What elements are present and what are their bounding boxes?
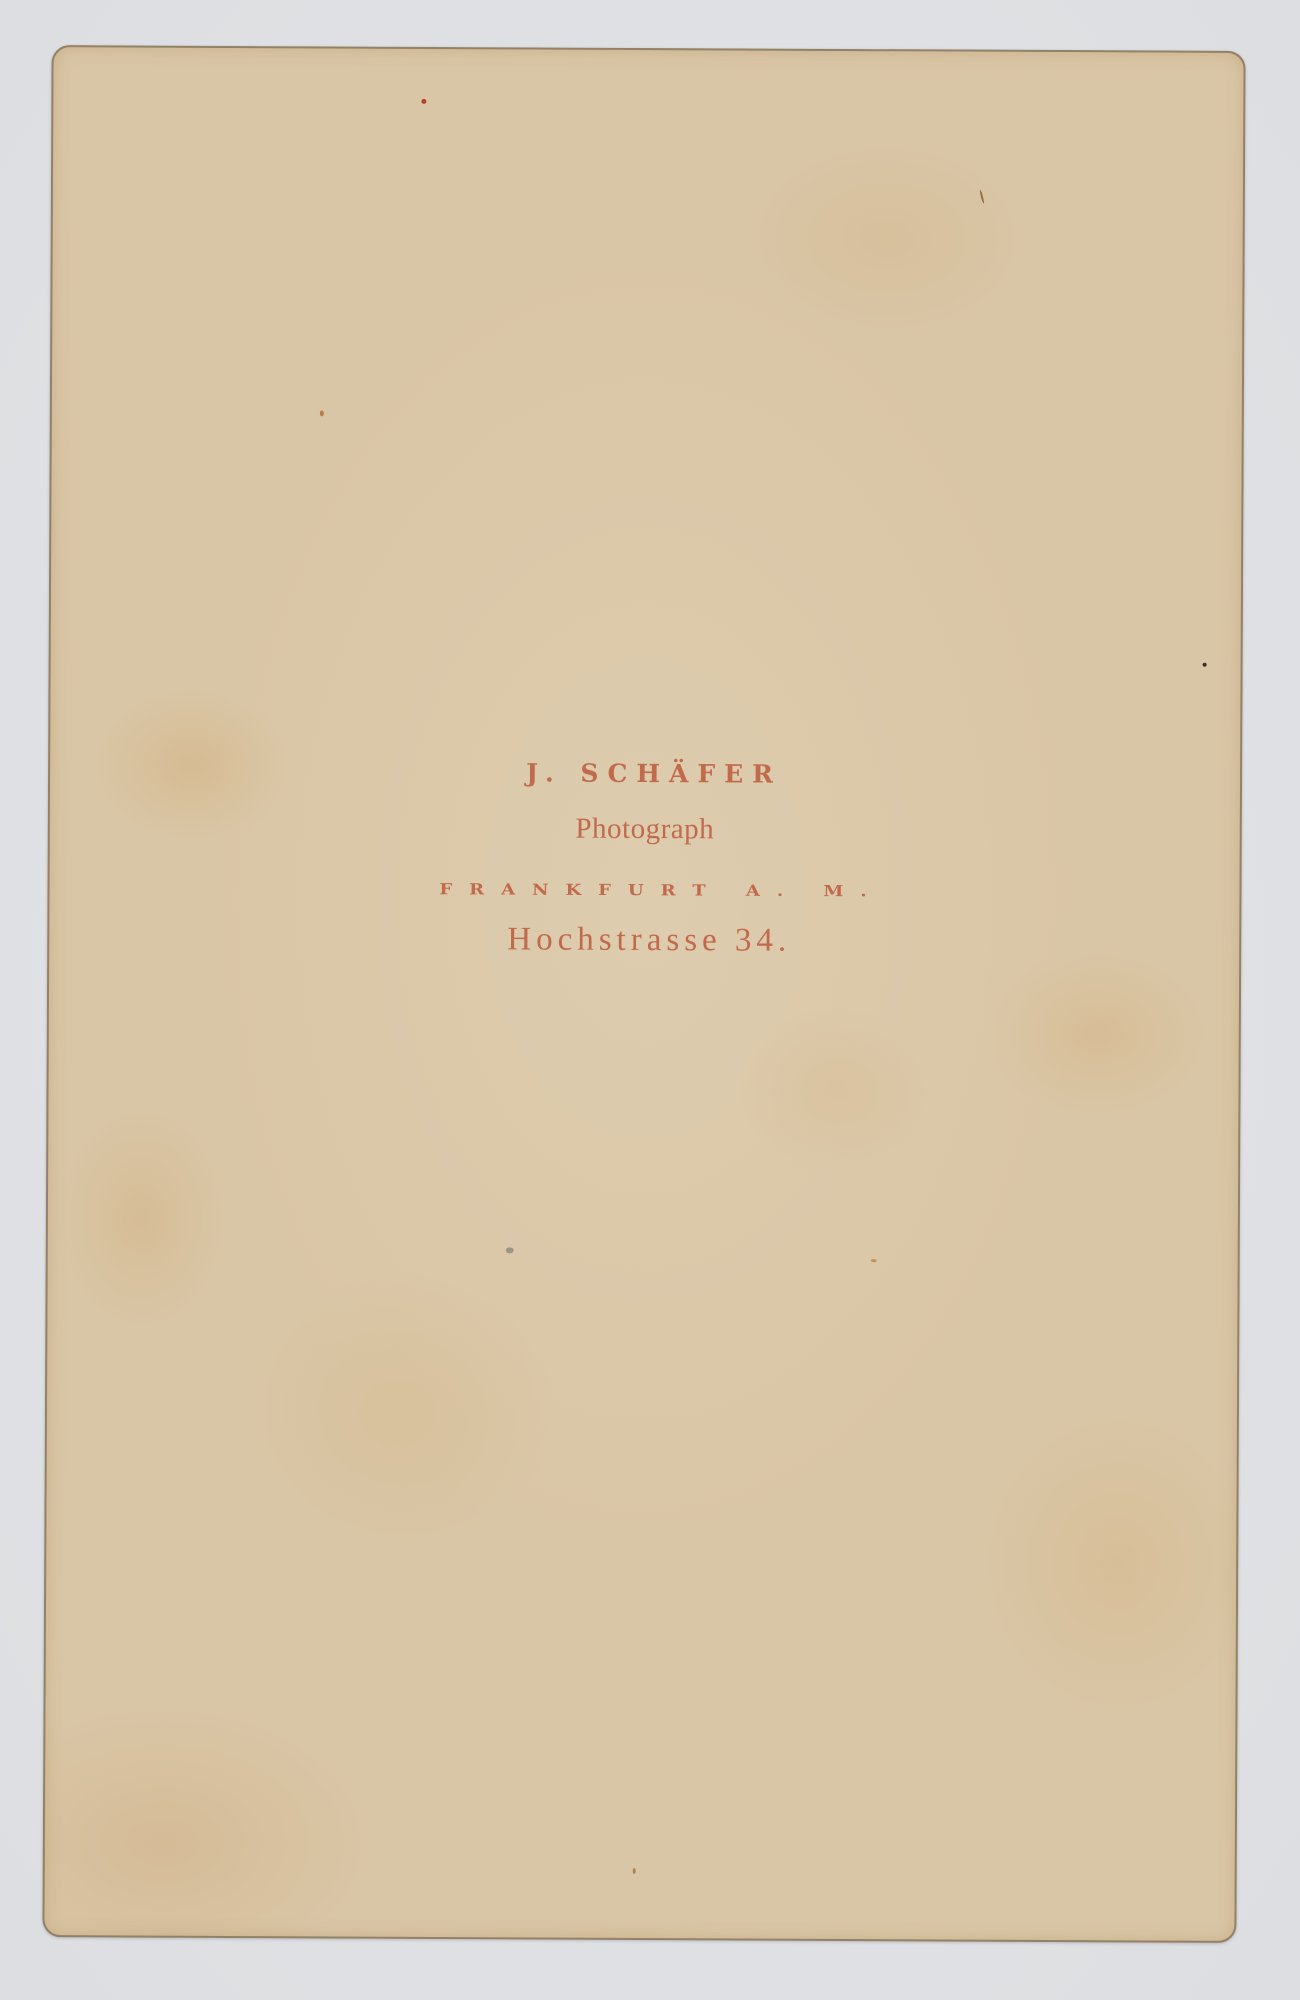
photographer-profession: Photograph (48, 812, 1242, 847)
foxing-spot (979, 190, 984, 204)
studio-city: FRANKFURT A. M. (47, 880, 1258, 901)
foxing-spot (320, 410, 324, 416)
studio-address: Hochstrasse 34. (47, 921, 1246, 960)
foxing-spot (633, 1868, 636, 1874)
photo-card-back: J. SCHÄFER Photograph FRANKFURT A. M. Ho… (42, 45, 1245, 1943)
card-edge (42, 45, 1245, 1943)
foxing-spot (1203, 663, 1207, 667)
foxing-spot (421, 99, 426, 104)
foxing-spot (871, 1259, 877, 1262)
photographer-name: J. SCHÄFER (48, 758, 1251, 789)
foxing-spot (506, 1247, 514, 1253)
